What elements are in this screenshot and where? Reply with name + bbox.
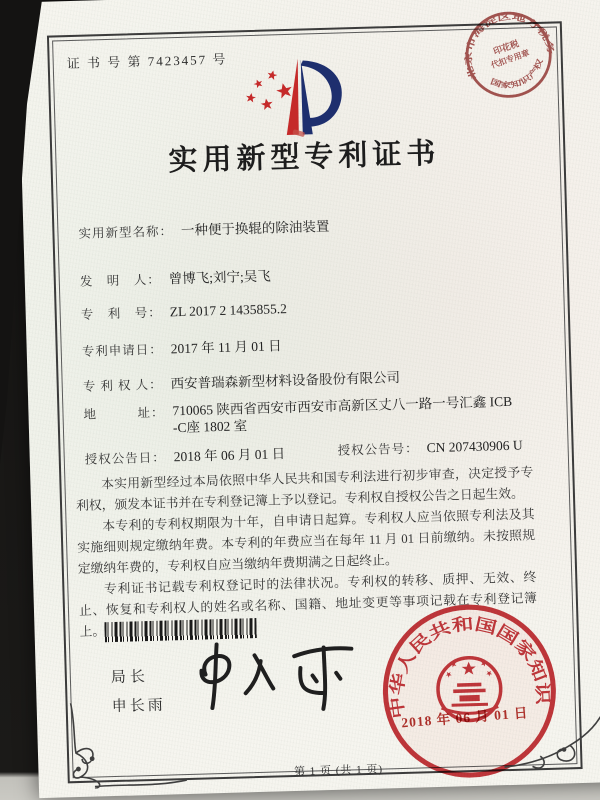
field-label: 专 利 权 人： (83, 378, 163, 394)
field-label: 专 利 号： (81, 306, 162, 322)
field-value: 2018 年 06 月 01 日 (174, 446, 286, 464)
field-label: 发 明 人： (80, 273, 161, 289)
cnipa-logo-icon (225, 53, 359, 143)
corner-flourish-icon (499, 702, 600, 771)
field-label: 授权公告日： (85, 451, 166, 467)
field-label: 授权公告号： (337, 441, 418, 457)
corner-flourish-icon (67, 698, 199, 790)
certificate-paper: 证 书 号 第 7423457 号 实用新型专利证书 实用新型名称：一种便于换辊… (17, 0, 600, 798)
field-label: 地 址： (83, 406, 164, 422)
field-value: CN 207430906 U (426, 438, 522, 456)
field-value: ZL 2017 2 1435855.2 (170, 301, 288, 319)
commissioner-signature (175, 631, 375, 728)
commissioner-title: 局长 (111, 665, 150, 687)
field-value: 一种便于换辊的除油装置 (181, 219, 330, 238)
field-value: 曾博飞;刘宁;吴飞 (169, 268, 271, 286)
field-label: 专利申请日： (82, 343, 163, 359)
field-label: 实用新型名称： (78, 224, 173, 241)
field-value: 2017 年 11 月 01 日 (171, 338, 282, 356)
